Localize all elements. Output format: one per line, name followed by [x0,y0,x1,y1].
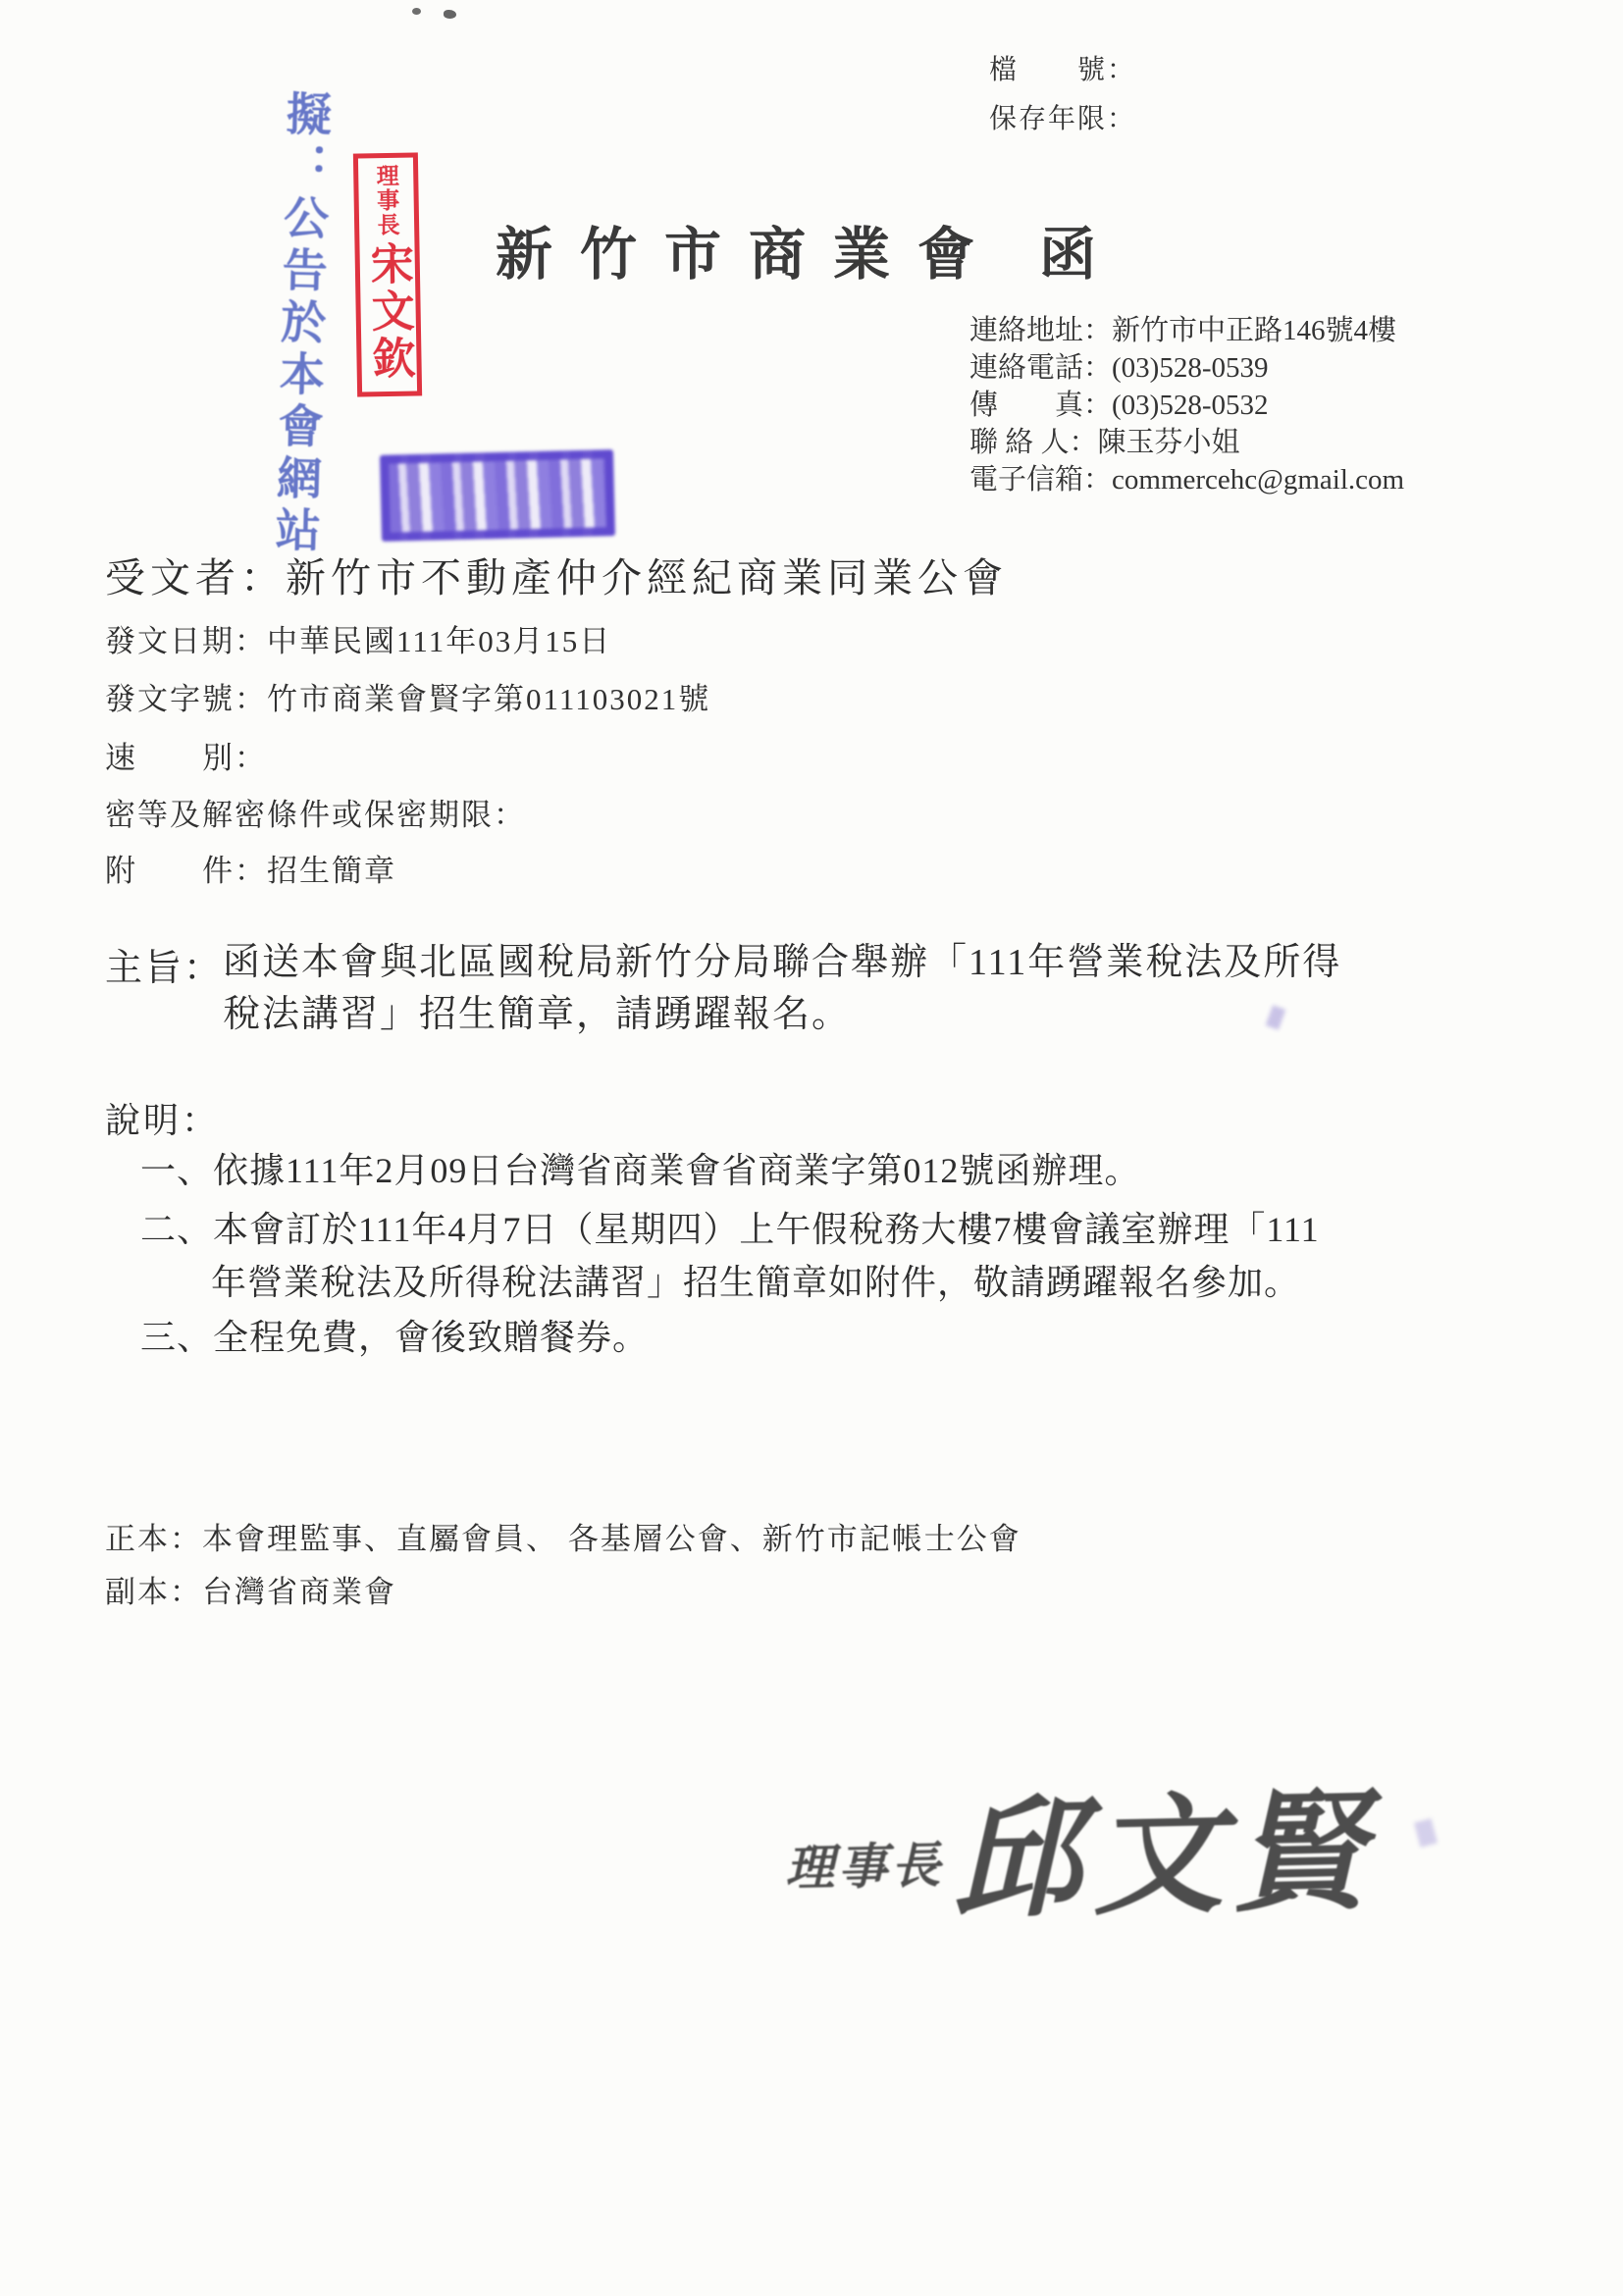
explanation-item-2: 二、本會訂於111年4月7日（星期四）上午假稅務大樓7樓會議室辦理「111 年營… [140,1203,1320,1309]
contact-phone-row: 連絡電話：(03)528-0539 [969,349,1404,387]
explanation-item-3: 三、全程免費，會後致贈餐券。 [140,1311,649,1364]
file-number-label: 檔 號： [989,51,1136,100]
explanation-item-2-line-2: 年營業稅法及所得稅法講習」招生簡章如附件，敬請踴躍報名參加。 [140,1256,1320,1309]
explanation-item-1: 一、依據111年2月09日台灣省商業會省商業字第012號函辦理。 [140,1144,1140,1197]
subject-label: 主旨： [105,937,223,1041]
explanation-item-2-line-1: 二、本會訂於111年4月7日（星期四）上午假稅務大樓7樓會議室辦理「111 [140,1203,1320,1256]
explanation-heading: 說明： [105,1093,220,1143]
archival-meta: 檔 號： 保存年限： [989,51,1136,149]
security-label: 密等及解密條件或保密期限： [105,798,526,832]
stamp-title-text: 理事長 [375,164,398,237]
contact-person-value: 陳玉芬小姐 [1098,427,1240,458]
recipient-line: 受文者：新竹市不動產仲介經紀商業同業公會 [105,546,1008,603]
contact-address-label: 連絡地址： [969,315,1112,346]
handwritten-blue-note: 擬：公告於本會網站 [270,89,328,581]
issue-date-label: 發文日期： [105,624,267,658]
illegible-purple-stamp [380,449,615,542]
doc-number-value: 竹市商業會賢字第011103021號 [267,682,710,716]
scan-speck [444,10,456,19]
contact-info-block: 連絡地址：新竹市中正路146號4樓 連絡電話：(03)528-0539 傳 真：… [969,312,1404,498]
cc-copy-value: 台灣省商業會 [202,1575,396,1609]
recipient-value: 新竹市不動產仲介經紀商業同業公會 [286,555,1008,600]
contact-address-value: 新竹市中正路146號4樓 [1112,315,1396,346]
ink-smudge [1414,1818,1438,1848]
original-copy-label: 正本： [105,1522,202,1556]
contact-fax-row: 傳 真：(03)528-0532 [969,387,1404,424]
attachment-row: 附 件：招生簡章 [105,846,396,890]
subject-block: 主旨： 函送本會與北區國稅局新竹分局聯合舉辦「111年營業稅法及所得 稅法講習」… [105,937,1430,1041]
chairman-brush-signature: 理事長 邱文賢 [784,1788,1378,1930]
cc-copy-row: 副本：台灣省商業會 [105,1567,396,1611]
doc-type-letter: 函 [1039,223,1124,287]
scanned-official-letter: 檔 號： 保存年限： 擬：公告於本會網站 理事長 宋文欽 新竹市商業會函 連絡地… [0,0,1623,2296]
issue-date-row: 發文日期：中華民國111年03月15日 [105,616,611,660]
issuing-org-name: 新竹市商業會 [496,223,1002,287]
original-copy-row: 正本：本會理監事、直屬會員、 各基層公會、新竹市記帳士公會 [105,1514,1021,1558]
subject-line-1: 函送本會與北區國稅局新竹分局聯合舉辦「111年營業稅法及所得 [223,937,1430,989]
contact-phone-value: (03)528-0539 [1112,352,1268,384]
security-row: 密等及解密條件或保密期限： [105,790,526,834]
attachment-label: 附 件： [105,854,267,888]
subject-line-2: 稅法講習」招生簡章，請踴躍報名。 [223,989,1430,1041]
signature-name: 邱文賢 [951,1788,1378,1926]
document-title: 新竹市商業會函 [496,208,1124,290]
contact-person-label: 聯 絡 人： [969,427,1098,458]
contact-fax-label: 傳 真： [969,390,1112,421]
contact-fax-value: (03)528-0532 [1112,390,1268,421]
signature-title: 理事長 [784,1826,944,1900]
doc-number-row: 發文字號：竹市商業會賢字第011103021號 [105,674,710,718]
doc-number-label: 發文字號： [105,682,267,716]
contact-address-row: 連絡地址：新竹市中正路146號4樓 [969,312,1404,349]
subject-text: 函送本會與北區國稅局新竹分局聯合舉辦「111年營業稅法及所得 稅法講習」招生簡章… [223,937,1430,1041]
issue-date-value: 中華民國111年03月15日 [267,624,611,658]
chairman-red-stamp: 理事長 宋文欽 [353,152,422,396]
contact-email-value: commercehc@gmail.com [1112,464,1404,496]
original-copy-value: 本會理監事、直屬會員、 各基層公會、新竹市記帳士公會 [202,1522,1021,1556]
contact-email-row: 電子信箱：commercehc@gmail.com [969,461,1404,498]
priority-label: 速 別： [105,741,267,775]
cc-copy-label: 副本： [105,1575,202,1609]
contact-email-label: 電子信箱： [969,464,1112,496]
recipient-label: 受文者： [105,555,286,600]
contact-phone-label: 連絡電話： [969,352,1112,384]
attachment-value: 招生簡章 [267,854,396,888]
scan-speck [412,8,421,15]
contact-person-row: 聯 絡 人：陳玉芬小姐 [969,424,1404,461]
retention-period-label: 保存年限： [989,100,1136,149]
stamp-name-text: 宋文欽 [365,241,411,384]
priority-row: 速 別： [105,733,267,777]
